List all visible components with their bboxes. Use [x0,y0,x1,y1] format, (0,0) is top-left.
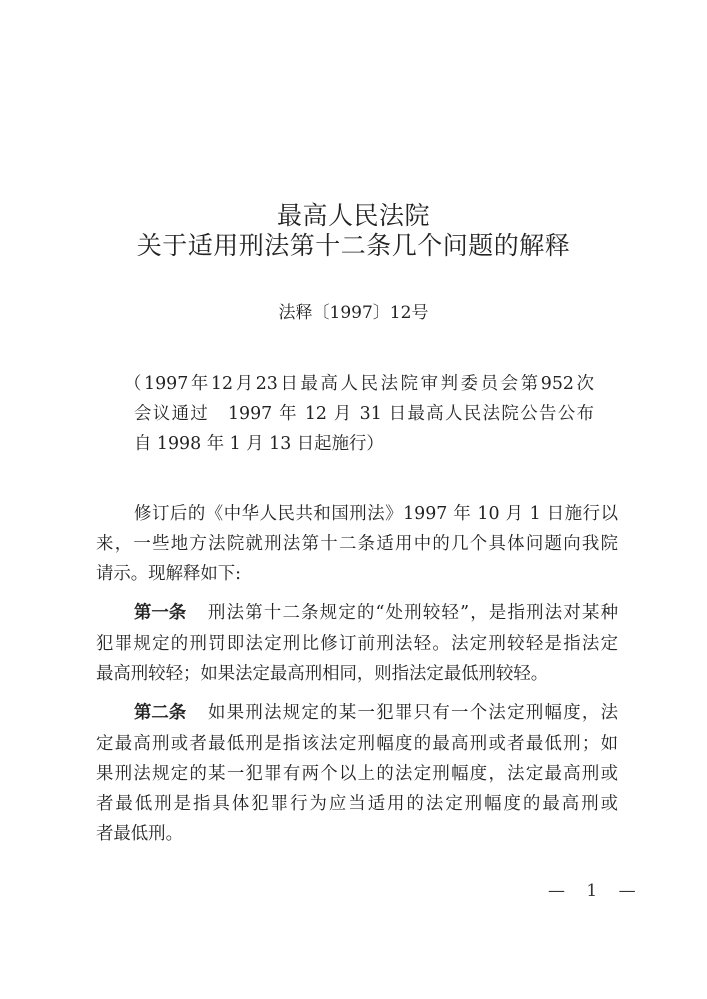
note-line-2: 会议通过 1997 年 12 月 31 日最高人民法院公告公布 [134,399,594,424]
note-line-1: （1997年12月23日最高人民法院审判委员会第952次 [124,369,594,394]
article-1-heading: 第一条 [134,598,186,623]
note-line-3: 自 1998 年 1 月 13 日起施行） [134,429,384,454]
document-number: 法释〔1997〕12号 [0,298,707,323]
article-2-heading: 第二条 [134,698,186,723]
article-2-line-2: 定最高刑或者最低刑是指该法定刑幅度的最高刑或者最低刑；如 [96,729,618,754]
article-2-line-4: 者最低刑是指具体犯罪行为应当适用的法定刑幅度的最高刑或 [96,789,618,814]
article-2-line-5: 者最低刑。 [96,819,183,844]
article-2-line-1: 如果刑法规定的某一犯罪只有一个法定刑幅度，法 [208,698,618,723]
article-2-line-3: 果刑法规定的某一犯罪有两个以上的法定刑幅度，法定最高刑或 [96,759,618,784]
article-1-line-1: 刑法第十二条规定的“处刑较轻”，是指刑法对某种 [208,598,618,623]
page-number: — 1 — [548,881,644,901]
intro-line-3: 请示。现解释如下: [96,559,241,584]
title-subject: 关于适用刑法第十二条几个问题的解释 [0,226,707,262]
article-1-line-3: 最高刑较轻；如果法定最高刑相同，则指法定最低刑较轻。 [96,659,548,684]
intro-line-2: 来，一些地方法院就刑法第十二条适用中的几个具体问题向我院 [96,529,618,554]
intro-line-1: 修订后的《中华人民共和国刑法》1997 年 10 月 1 日施行以 [134,499,618,524]
document-page: 最高人民法院 关于适用刑法第十二条几个问题的解释 法释〔1997〕12号 （19… [0,0,707,999]
article-1-line-2: 犯罪规定的刑罚即法定刑比修订前刑法轻。法定刑较轻是指法定 [96,629,618,654]
